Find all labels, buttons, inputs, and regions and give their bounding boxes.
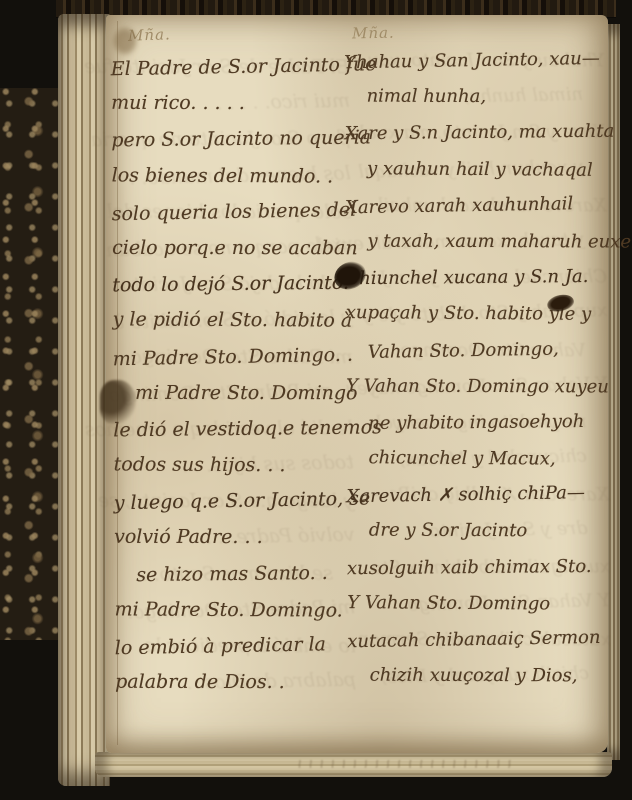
- manuscript-line: Xarevach ✗ solhiç chiPa—: [346, 482, 609, 523]
- manuscript-line: Vahan Sto. Domingo,: [346, 337, 609, 378]
- manuscript-line: todos sus hijos. . .: [114, 453, 354, 490]
- manuscript-line: ne yhabito ingasoehyoh: [346, 411, 608, 450]
- bottom-edge-ghost-writing: [295, 760, 515, 768]
- photographed-manuscript: Mña. Mña. El Padre de S.or Jacinto fuemu…: [0, 0, 632, 800]
- manuscript-line: dre y S.or Jacinto: [347, 520, 609, 557]
- manuscript-line: chizih xuuçozal y Dios,: [348, 665, 610, 702]
- manuscript-line: mi Padre Sto. Domingo.: [115, 598, 355, 635]
- manuscript-line: palabra de Dios. .: [115, 671, 355, 708]
- manuscript-line: se hizo mas Santo. .: [114, 561, 354, 600]
- manuscript-line: chicunchel y Macux,: [346, 447, 608, 485]
- manuscript-line: Xarevo xarah xauhunhail: [345, 192, 608, 233]
- manuscript-line: Y Vahan Sto. Domingo: [347, 592, 609, 630]
- text-column-spanish: El Padre de S.or Jacinto fuemui rico. . …: [111, 55, 356, 708]
- manuscript-line: xusolguih xaib chimax Sto.: [347, 555, 609, 594]
- book-cover-marble: [0, 88, 64, 640]
- page-edge-stack-bottom: [95, 752, 612, 777]
- manuscript-line: cielo porq.e no se acaban: [112, 237, 352, 274]
- manuscript-page: Mña. Mña. El Padre de S.or Jacinto fuemu…: [106, 15, 608, 753]
- manuscript-line: mi Padre Sto. Domingo. .: [113, 343, 354, 384]
- manuscript-line: volvió Padre. . .: [114, 526, 354, 563]
- page-edge-stack-left: [58, 14, 110, 786]
- manuscript-line: y le pidió el Sto. habito à: [113, 309, 353, 346]
- manuscript-line: mi Padre Sto. Domingo: [113, 381, 353, 418]
- column-heading-left: Mña.: [128, 25, 171, 44]
- manuscript-line: todo lo dejó S.or Jacinto.: [112, 272, 352, 311]
- manuscript-line: El Padre de S.or Jacinto fue: [111, 54, 352, 95]
- manuscript-line: lo embió à predicar la: [115, 633, 356, 674]
- manuscript-line: Xare y S.n Jacinto, ma xuahta: [345, 121, 607, 160]
- manuscript-line: xupaçah y Sto. habito yle y: [346, 302, 608, 340]
- manuscript-line: y luego q.e S.or Jacinto, se: [114, 488, 355, 529]
- manuscript-line: y xauhun hail y vachaqal: [345, 158, 607, 196]
- manuscript-line: los bienes del mundo. .: [112, 164, 352, 201]
- manuscript-line: xutacah chibanaaiç Sermon: [347, 627, 610, 668]
- manuscript-line: pero S.or Jacinto no queria: [111, 127, 351, 166]
- text-column-indigenous: Yhahau y San Jacinto, xau—nimal hunha,Xa…: [344, 49, 609, 702]
- manuscript-line: Y Vahan Sto. Domingo xuyeu: [346, 375, 608, 412]
- column-heading-right: Mña.: [352, 24, 395, 43]
- manuscript-line: Chiunchel xucana y S.n Ja.: [345, 266, 607, 305]
- manuscript-line: le dió el vestidoq.e tenemos: [113, 417, 353, 456]
- manuscript-line: nimal hunha,: [345, 86, 607, 123]
- manuscript-line: Yhahau y San Jacinto, xau—: [344, 48, 607, 89]
- manuscript-line: mui rico. . . . .: [111, 92, 351, 129]
- manuscript-line: solo queria los bienes del: [112, 198, 353, 239]
- manuscript-line: y taxah, xaum maharuh euxel: [345, 230, 607, 267]
